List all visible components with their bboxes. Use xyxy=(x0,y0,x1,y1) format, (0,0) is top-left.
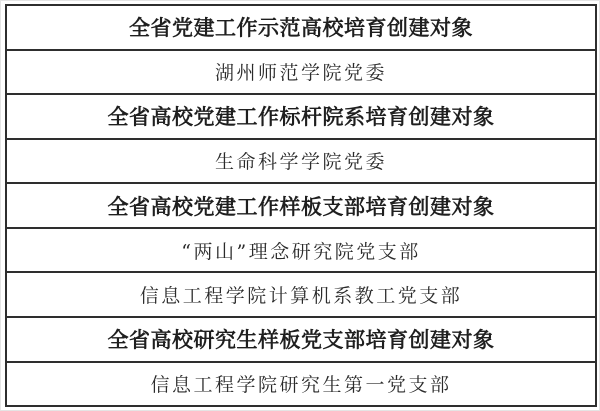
item-row: 信息工程学院计算机系教工党支部 xyxy=(7,271,595,316)
item-row: 生命科学学院党委 xyxy=(7,138,595,183)
section-header-row: 全省高校党建工作标杆院系培育创建对象 xyxy=(7,93,595,138)
section-header-row: 全省高校研究生样板党支部培育创建对象 xyxy=(7,316,595,361)
page-background: 全省党建工作示范高校培育创建对象 湖州师范学院党委 全省高校党建工作标杆院系培育… xyxy=(0,0,600,411)
item-row: 信息工程学院研究生第一党支部 xyxy=(7,361,595,406)
item-row: 湖州师范学院党委 xyxy=(7,49,595,94)
section-header-row: 全省党建工作示范高校培育创建对象 xyxy=(7,6,595,49)
section-header-row: 全省高校党建工作样板支部培育创建对象 xyxy=(7,182,595,227)
award-list-table: 全省党建工作示范高校培育创建对象 湖州师范学院党委 全省高校党建工作标杆院系培育… xyxy=(5,4,597,407)
item-row: “两山”理念研究院党支部 xyxy=(7,227,595,272)
